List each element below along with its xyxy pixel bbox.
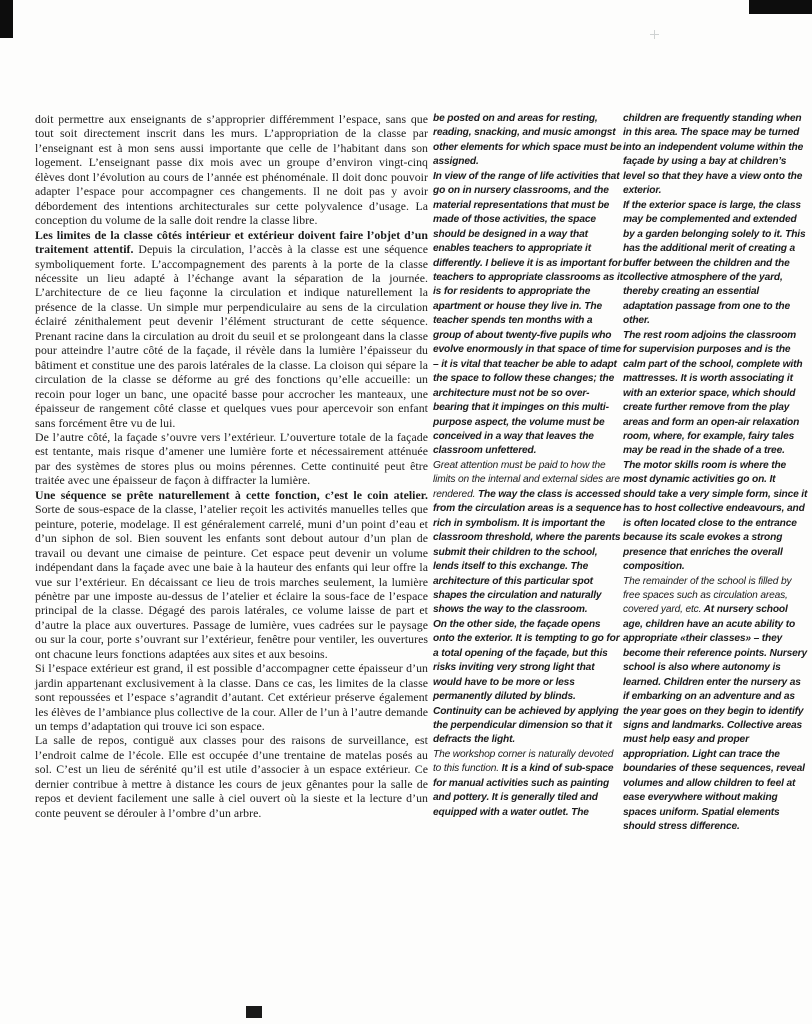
paragraph: The rest room adjoins the classroom for … — [623, 329, 809, 459]
english-translation-column-2: children are frequently standing when in… — [623, 112, 809, 835]
paragraph: The motor skills room is where the most … — [623, 459, 809, 575]
scan-mark-bottom — [246, 1006, 262, 1018]
scan-mark-top-right — [749, 0, 812, 14]
bold-text-segment: At nursery school age, children have an … — [623, 604, 807, 832]
text-segment: doit permettre aux enseignants de s’appr… — [35, 112, 428, 227]
bold-text-segment: The way the class is accessed from the c… — [433, 489, 621, 616]
scan-mark-top-left — [0, 0, 13, 38]
paragraph: On the other side, the façade opens onto… — [433, 618, 623, 748]
paragraph: The workshop corner is naturally devoted… — [433, 748, 623, 820]
registration-cross-mark — [650, 30, 659, 39]
french-text-column: doit permettre aux enseignants de s’appr… — [35, 112, 428, 820]
text-segment: Sorte de sous-espace de la classe, l’ate… — [35, 502, 428, 661]
bold-text-segment: If the exterior space is large, the clas… — [623, 200, 806, 327]
english-translation-column-1: be posted on and areas for resting, read… — [433, 112, 623, 820]
paragraph: Une séquence se prête naturellement à ce… — [35, 488, 428, 661]
text-segment: De l’autre côté, la façade s’ouvre vers … — [35, 430, 428, 487]
paragraph: In view of the range of life activities … — [433, 170, 623, 459]
paragraph: The remainder of the school is filled by… — [623, 575, 809, 835]
text-segment: La salle de repos, contiguë aux classes … — [35, 733, 428, 819]
paragraph: La salle de repos, contiguë aux classes … — [35, 733, 428, 820]
book-page: doit permettre aux enseignants de s’appr… — [0, 0, 812, 1024]
text-segment: Depuis la circulation, l’accès à la clas… — [35, 242, 428, 429]
paragraph: Great attention must be paid to how the … — [433, 459, 623, 618]
bold-text-segment: Une séquence se prête naturellement à ce… — [35, 488, 428, 502]
bold-text-segment: children are frequently standing when in… — [623, 113, 803, 196]
paragraph: be posted on and areas for resting, read… — [433, 112, 623, 170]
paragraph: children are frequently standing when in… — [623, 112, 809, 199]
bold-text-segment: On the other side, the façade opens onto… — [433, 619, 620, 746]
bold-text-segment: The motor skills room is where the most … — [623, 460, 807, 572]
paragraph: If the exterior space is large, the clas… — [623, 199, 809, 329]
bold-text-segment: In view of the range of life activities … — [433, 171, 623, 457]
paragraph: Si l’espace extérieur est grand, il est … — [35, 661, 428, 733]
paragraph: doit permettre aux enseignants de s’appr… — [35, 112, 428, 228]
paragraph: De l’autre côté, la façade s’ouvre vers … — [35, 430, 428, 488]
text-segment: Si l’espace extérieur est grand, il est … — [35, 661, 428, 733]
paragraph: Les limites de la classe côtés intérieur… — [35, 228, 428, 430]
bold-text-segment: The rest room adjoins the classroom for … — [623, 330, 802, 457]
bold-text-segment: be posted on and areas for resting, read… — [433, 113, 621, 167]
